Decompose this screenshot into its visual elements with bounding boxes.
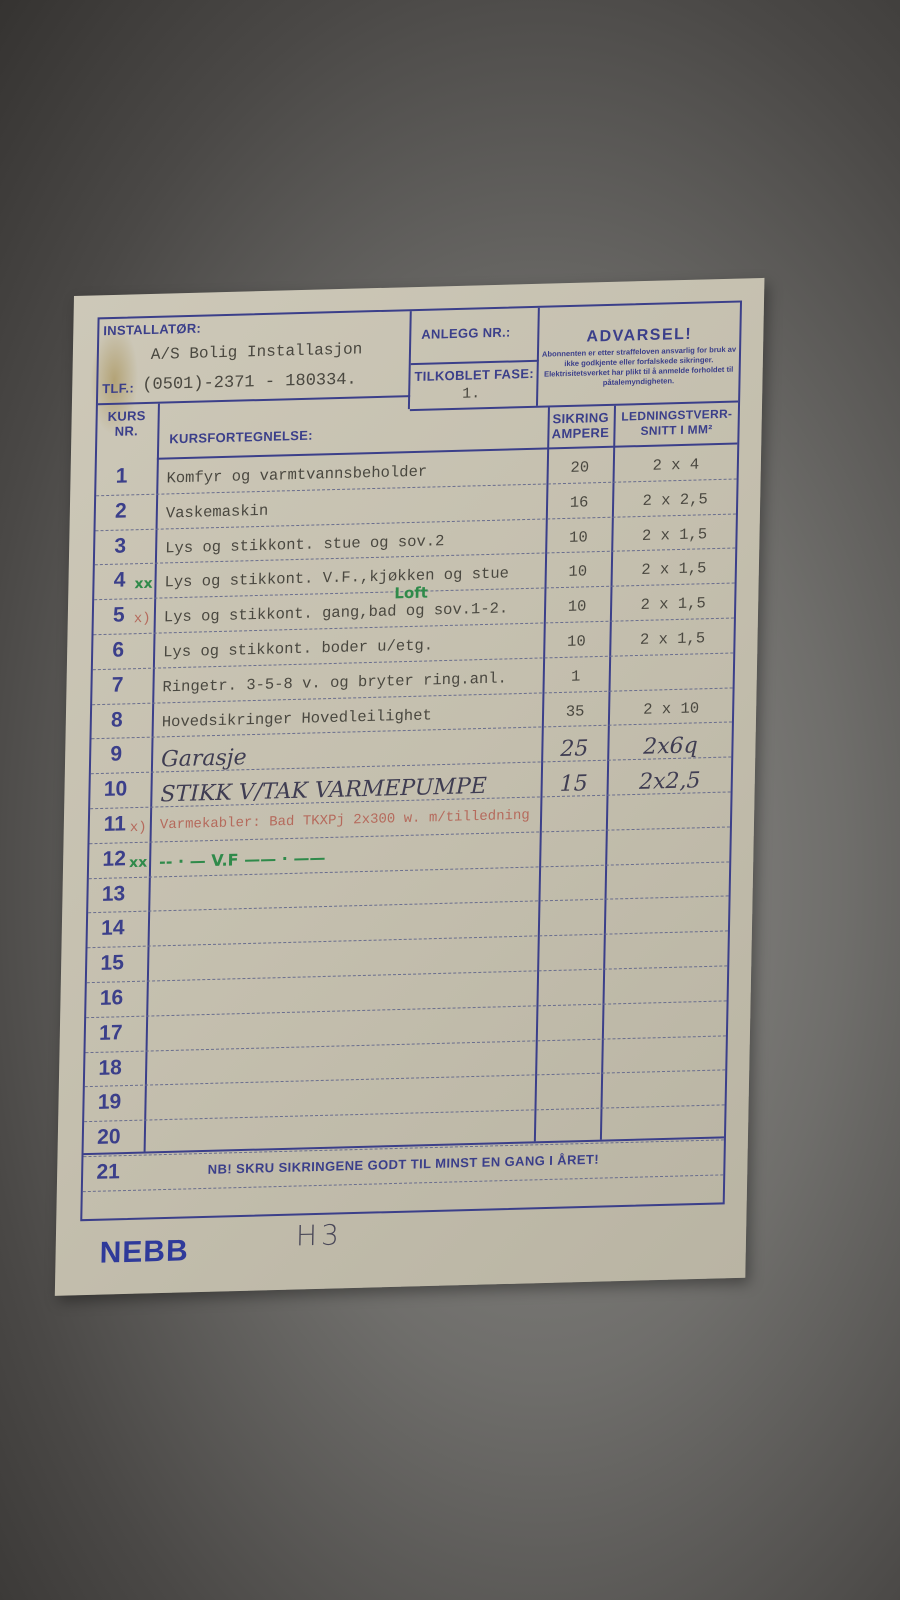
circuit-list: 1Komfyr og varmtvannsbeholder202 x 42Vas… [83, 445, 737, 1192]
circuit-number: 6 [93, 638, 143, 663]
circuit-number: 13 [88, 881, 138, 906]
brand-logo: NEBB [99, 1234, 189, 1270]
circuit-mark: x) [130, 820, 147, 836]
circuit-wire-size [608, 837, 730, 840]
circuit-ampere: 1 [545, 667, 607, 687]
circuit-description: Lys og stikkont. V.F.,kjøkken og stue [164, 565, 509, 592]
circuit-ampere: 10 [547, 527, 609, 547]
circuit-ampere: 16 [548, 493, 610, 513]
circuit-description: Lys og stikkont. stue og sov.2 [165, 532, 445, 557]
wire-header: LEDNINGSTVERR-SNITT I MM² [615, 407, 738, 440]
circuit-ampere: 35 [544, 701, 606, 721]
circuit-wire-size: 2 x 2,5 [614, 489, 736, 510]
warning-box: ADVARSEL! Abonnenten er etter straffelov… [538, 325, 740, 406]
circuit-ampere: 10 [545, 632, 607, 652]
circuit-number: 18 [85, 1055, 135, 1080]
phone-value: (0501)-2371 - 180334. [142, 371, 357, 396]
circuit-wire-size [604, 1011, 726, 1014]
fase-label: TILKOBLET FASE: [414, 366, 534, 384]
circuit-wire-size [605, 976, 727, 979]
circuit-number: 19 [84, 1090, 134, 1115]
circuit-ampere [540, 910, 602, 912]
circuit-description: Lys og stikkont. boder u/etg. [163, 636, 433, 661]
circuit-wire-size: 2 x 1,5 [611, 628, 733, 649]
circuit-number: 9 [91, 742, 141, 767]
phone-label: TLF.: [102, 380, 134, 396]
fuse-directory-card: INSTALLATØR: A/S Bolig Installasjon TLF.… [55, 278, 765, 1296]
circuit-ampere [537, 1084, 599, 1086]
circuit-ampere: 10 [546, 597, 608, 617]
circuit-number: 17 [86, 1021, 136, 1046]
circuit-wire-size: 2x2,5 [609, 768, 732, 796]
circuit-wire-size: 2 x 1,5 [613, 524, 735, 545]
circuit-description: Komfyr og varmtvannsbeholder [166, 463, 427, 488]
circuit-ampere [536, 1119, 598, 1121]
circuit-number: 20 [84, 1125, 134, 1150]
circuit-ampere [542, 841, 604, 843]
ampere-header: SIKRING AMPERE [549, 410, 612, 442]
installer-label: INSTALLATØR: [103, 321, 201, 339]
circuit-mark: xx [129, 854, 147, 870]
circuit-description: Lys og stikkont. gang,bad og sov.1-2. [164, 600, 509, 627]
circuit-wire-size: 2 x 4 [615, 455, 737, 476]
circuit-ampere [541, 875, 603, 877]
circuit-ampere: 10 [547, 562, 609, 582]
kurs-nr-header: KURS NR. [97, 404, 156, 462]
circuit-description: Varmekabler: Bad TKXPj 2x300 w. m/tilled… [160, 808, 530, 834]
circuit-description: Ringetr. 3-5-8 v. og bryter ring.anl. [162, 669, 507, 696]
circuit-ampere: 15 [542, 771, 605, 798]
circuit-ampere: 20 [549, 458, 611, 478]
circuit-ampere [539, 980, 601, 982]
circuit-mark: xx [134, 576, 152, 592]
circuit-wire-size [611, 663, 733, 666]
fase-value: 1. [462, 385, 480, 402]
circuit-number: 2 [96, 499, 146, 524]
circuit-number: 3 [95, 534, 145, 559]
circuit-wire-size: 2 x 1,5 [612, 594, 734, 615]
circuit-mark: x) [134, 611, 151, 627]
circuit-wire-size [603, 1081, 725, 1084]
circuit-number: 14 [88, 916, 138, 941]
circuit-description: Hovedsikringer Hovedleilighet [162, 706, 432, 731]
circuit-description: Garasje [161, 746, 247, 773]
description-header: KURSFORTEGNELSE: [169, 428, 313, 447]
anlegg-label: ANLEGG NR.: [421, 325, 511, 342]
fase-section: TILKOBLET FASE: 1. [410, 362, 539, 409]
circuit-number: 7 [92, 673, 142, 698]
circuit-annotation: Loft [394, 584, 428, 603]
circuit-number: 1 [96, 464, 146, 489]
circuit-description: -- · — V.F —— · —— [159, 848, 326, 871]
installer-name: A/S Bolig Installasjon [151, 340, 363, 364]
warning-text: Abonnenten er etter straffeloven ansvarl… [538, 345, 739, 390]
circuit-number: 10 [90, 777, 140, 802]
circuit-description: Vaskemaskin [166, 502, 269, 523]
circuit-wire-size [606, 942, 728, 945]
circuit-number: 16 [86, 986, 136, 1011]
circuit-wire-size [604, 1046, 726, 1049]
circuit-wire-size [602, 1116, 724, 1119]
circuit-wire-size [606, 907, 728, 910]
circuit-wire-size [607, 872, 729, 875]
circuit-ampere: 25 [543, 736, 606, 763]
circuit-ampere [542, 806, 604, 808]
circuit-wire-size [608, 802, 730, 805]
card-frame: INSTALLATØR: A/S Bolig Installasjon TLF.… [80, 300, 742, 1221]
circuit-wire-size: 2x6q [609, 733, 732, 761]
handwritten-note: H3 [296, 1218, 344, 1252]
circuit-ampere [538, 1049, 600, 1051]
circuit-number: 8 [92, 708, 142, 733]
warning-title: ADVARSEL! [539, 325, 739, 348]
anlegg-section: ANLEGG NR.: [411, 308, 540, 365]
circuit-wire-size: 2 x 10 [610, 698, 732, 719]
circuit-ampere [540, 945, 602, 947]
circuit-wire-size: 2 x 1,5 [613, 559, 735, 580]
circuit-ampere [538, 1014, 600, 1016]
circuit-number: 15 [87, 951, 137, 976]
